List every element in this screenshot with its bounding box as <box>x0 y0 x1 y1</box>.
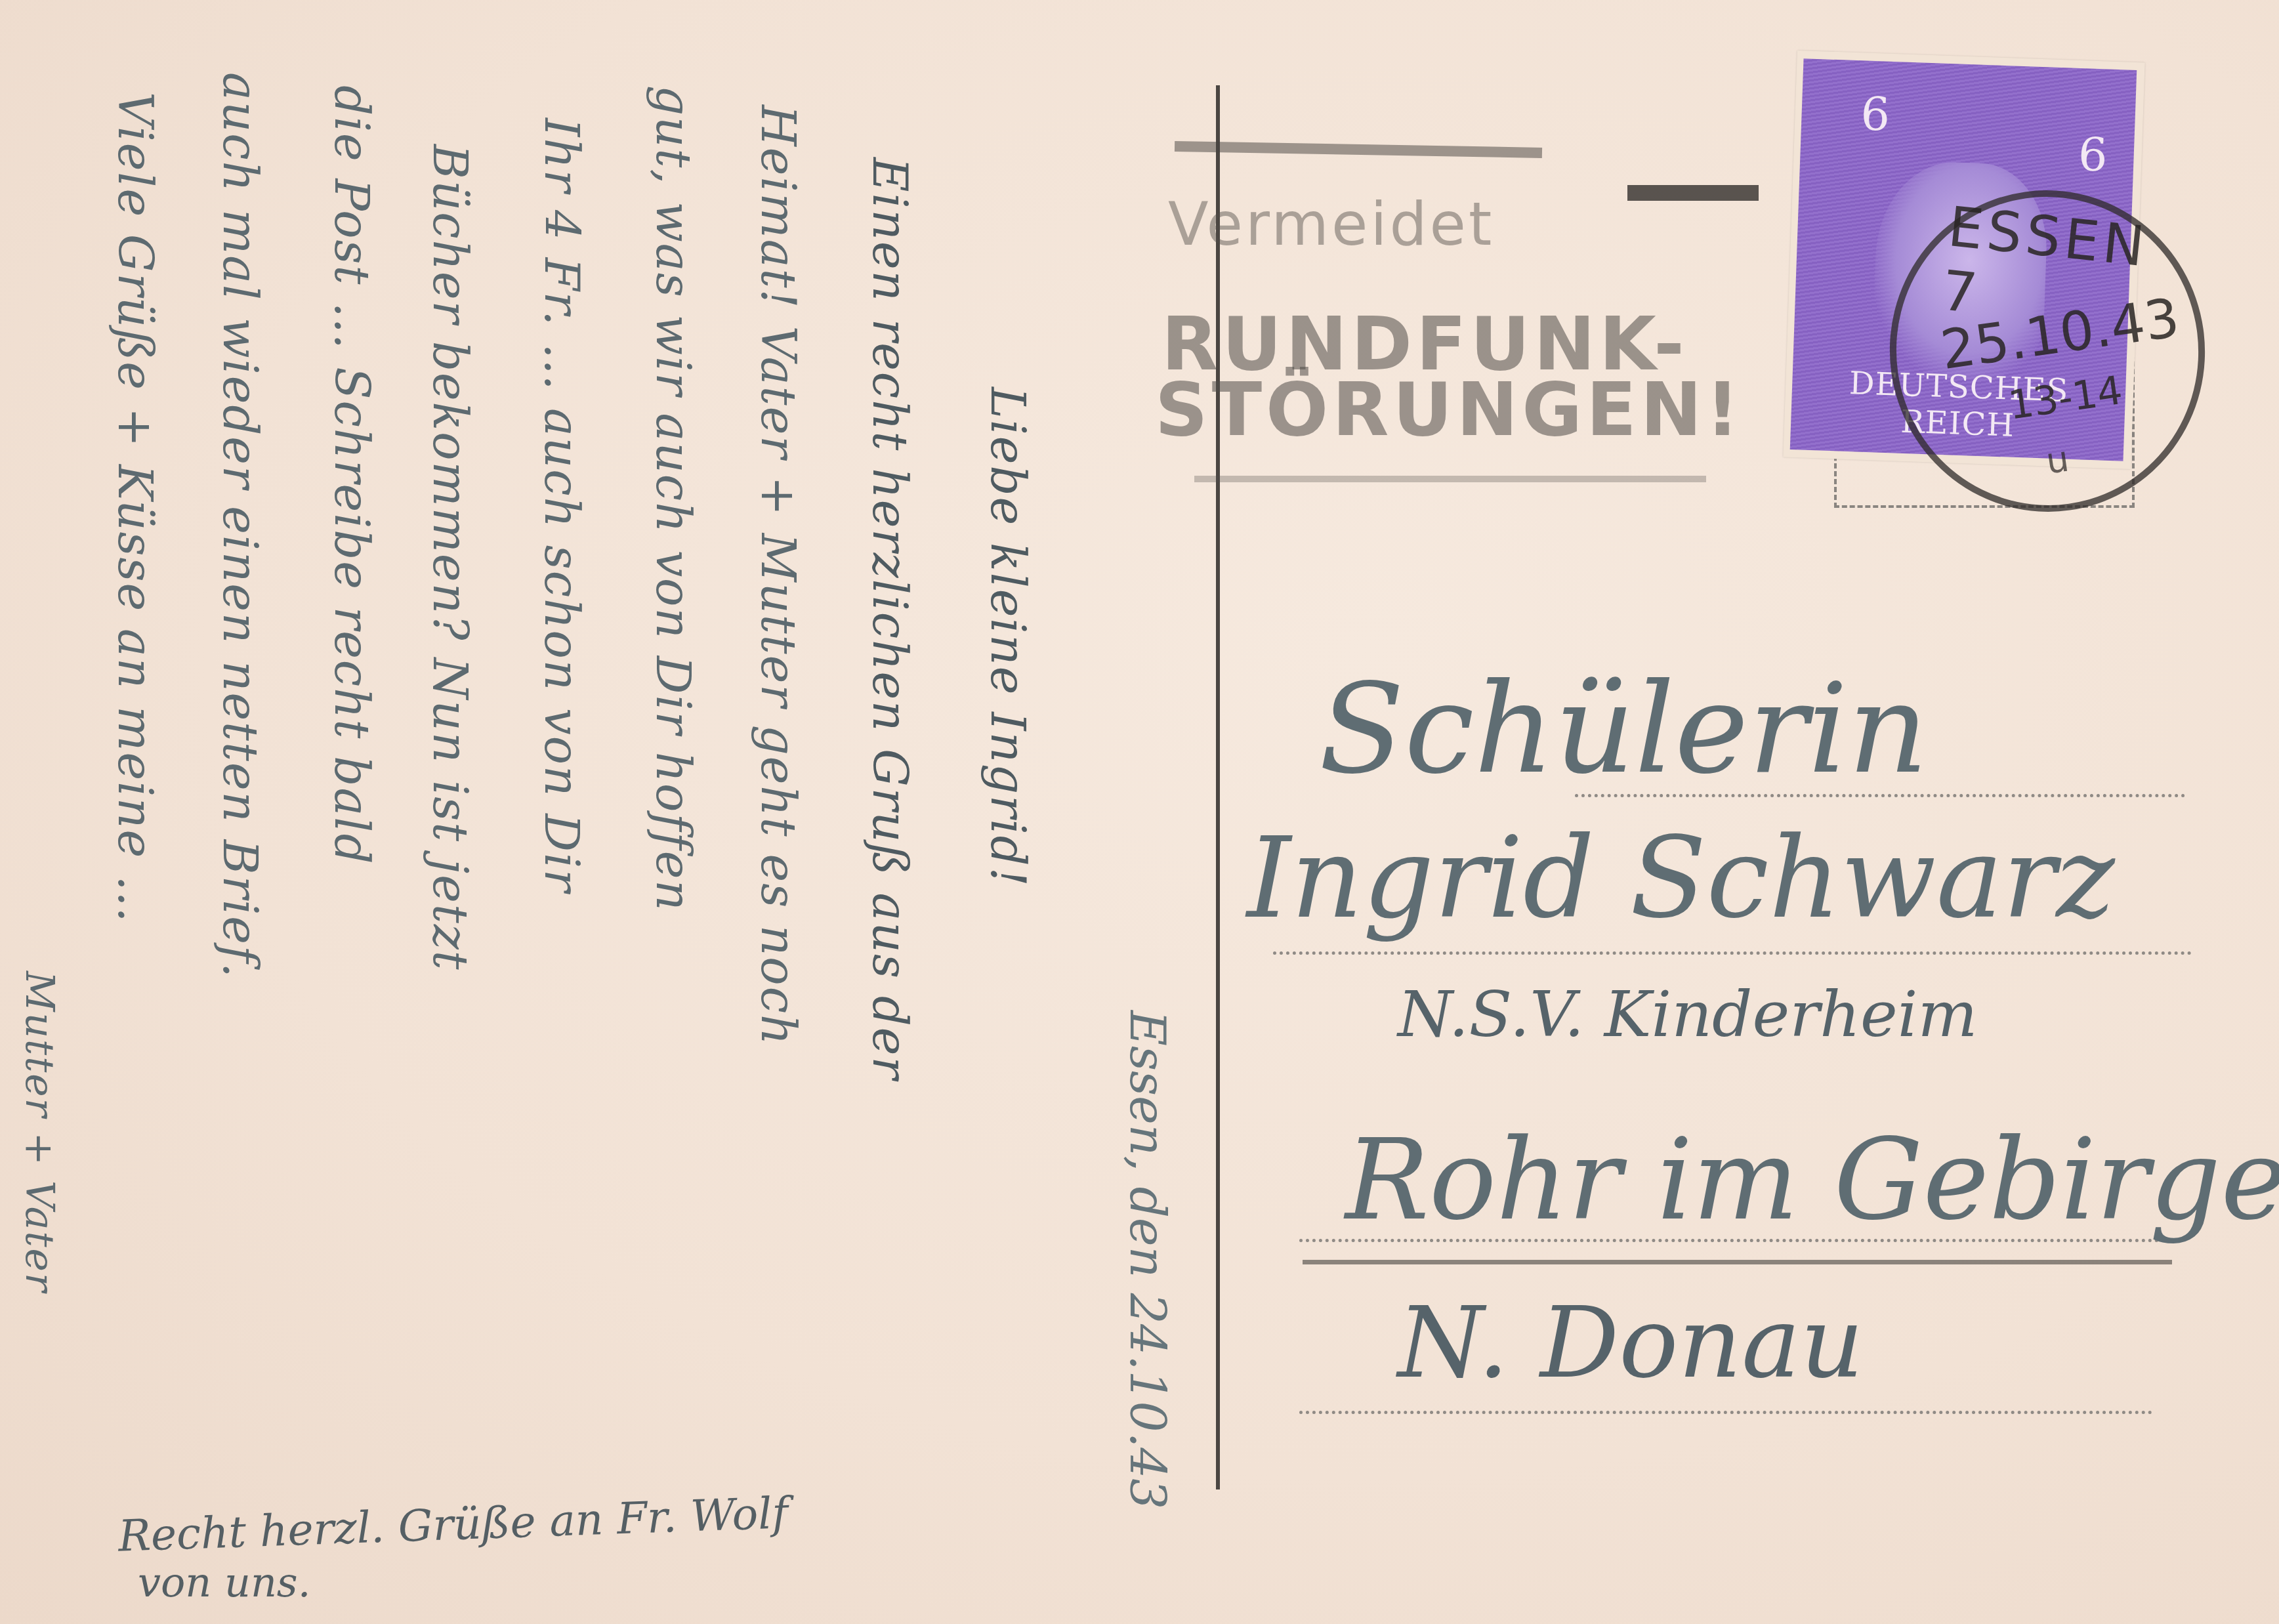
address-institution: N.S.V. Kinderheim <box>1398 978 1978 1051</box>
address-region: N. Donau <box>1398 1286 1864 1400</box>
message-line: Einen recht herzlichen Gruß aus der <box>866 157 913 1081</box>
message-line: die Post … Schreibe recht bald <box>328 85 375 865</box>
message-line: Bücher bekommen? Nun ist jetzt <box>427 144 474 971</box>
address-underline <box>1303 1260 2172 1264</box>
cancel-bar <box>1627 185 1759 201</box>
message-line: Viele Grüße + Küsse an meine … <box>112 92 159 924</box>
slogan-line-2: STÖRUNGEN! <box>1155 367 1743 453</box>
message-line: Ihr 4 Fr. … auch schon von Dir <box>538 118 585 894</box>
message-area: Liebe kleine Ingrid! Einen recht herzlic… <box>20 66 1201 1476</box>
address-name: Ingrid Schwarz <box>1247 814 2115 944</box>
stamp-value: 6 <box>2078 127 2108 182</box>
closing-greeting: Recht herzl. Grüße an Fr. Wolf <box>117 1488 789 1562</box>
cancel-bar <box>1175 141 1542 158</box>
slogan-top: Vermeidet <box>1168 190 1494 259</box>
address-title: Schülerin <box>1319 656 1928 801</box>
address-rule <box>1273 951 2192 955</box>
address-rule <box>1299 1411 2152 1414</box>
stamp-value: 6 <box>1860 87 1891 142</box>
address-town: Rohr im Gebirge <box>1345 1115 2279 1245</box>
message-line: Heimat! Vater + Mutter geht es noch <box>755 105 802 1046</box>
closing-greeting-2: von uns. <box>138 1558 310 1606</box>
postcard: Liebe kleine Ingrid! Einen recht herzlic… <box>0 0 2279 1624</box>
message-line: gut, was wir auch von Dir hoffen <box>650 85 697 912</box>
place-date: Essen, den 24.10.43 <box>1119 1010 1175 1509</box>
message-signature: Mutter + Vater <box>20 971 59 1293</box>
message-line: auch mal wieder einen netten Brief. <box>217 72 264 979</box>
slogan-cancellation: Vermeidet RUNDFUNK- STÖRUNGEN! <box>1155 125 1746 492</box>
message-line: Liebe kleine Ingrid! <box>984 387 1032 888</box>
cancel-bar <box>1194 476 1706 482</box>
postmark-time: 13-14 <box>2005 367 2125 429</box>
postmark-sub: u <box>2043 438 2072 482</box>
